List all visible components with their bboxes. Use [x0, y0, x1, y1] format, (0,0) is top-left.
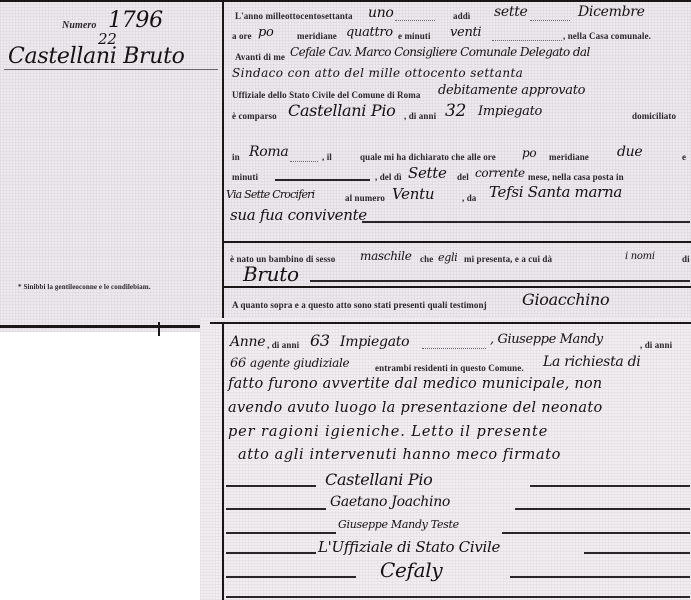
text-che: che: [420, 254, 433, 264]
field-house-number: Ventu: [392, 185, 434, 203]
text-mi-presenta: mi presenta, e a cui dà: [464, 254, 552, 264]
text-avanti-di-me: Avanti di me: [235, 52, 285, 62]
text-di-end: di: [682, 254, 690, 264]
signature-rule-1b: [530, 485, 690, 487]
field-nomi: i nomi: [625, 251, 655, 262]
field-city: Roma: [249, 144, 288, 160]
field-mother: Tefsi Santa marna: [489, 183, 622, 201]
text-di-anni-w1: , di anni: [267, 340, 299, 350]
field-witness-2-age: 66: [230, 356, 246, 371]
field-sex: maschile: [360, 249, 412, 263]
bottom-border-left: [0, 325, 200, 328]
margin-name: Castellani Bruto: [8, 44, 185, 69]
signature-rule-2a: [226, 508, 326, 510]
record-sheet-continuation: Anne , di anni 63 Impiegato , Giuseppe M…: [200, 318, 691, 600]
field-witness-1-job: Impiegato: [340, 334, 409, 350]
blank-line: [492, 40, 562, 41]
text-a-ore: a ore: [232, 31, 252, 41]
field-child-name: Bruto: [243, 262, 299, 286]
blank-line: [422, 348, 486, 349]
field-day: sette: [494, 4, 528, 20]
blank-line: [530, 20, 570, 21]
text-meridiane-2: meridiane: [549, 152, 589, 162]
field-text-line-3: fatto furono avvertite dal medico munici…: [228, 376, 602, 392]
signature-rule-2b: [515, 508, 690, 510]
numero-label: Numero: [62, 20, 97, 31]
field-birth-hour: due: [617, 144, 642, 160]
signature-witness-2: Giuseppe Mandy Teste: [338, 518, 459, 531]
margin-tick: [158, 322, 160, 336]
signature-rule-4b: [584, 552, 690, 554]
text-quale-dichiarato: quale mi ha dichiarato che alle ore: [360, 152, 496, 162]
field-birth-day: Sette: [408, 164, 447, 182]
signature-witness-1: Gaetano Joachino: [330, 494, 450, 510]
text-e: e: [682, 152, 686, 162]
signature-officer: Cefaly: [380, 558, 442, 582]
field-text-line-6: atto agli intervenuti hanno meco firmato: [238, 447, 561, 463]
field-witness-1-surname: Anne: [230, 334, 265, 350]
signature-rule-3b: [502, 532, 690, 534]
signature-declarant: Castellani Pio: [325, 470, 433, 489]
text-addi: addì: [453, 11, 470, 21]
filler-line: [310, 280, 690, 282]
field-egli: egli: [438, 251, 457, 264]
field-witness-1: Gioacchino: [522, 290, 609, 309]
text-al-numero: al numero: [345, 193, 385, 203]
text-testimoni: A quanto sopra e a questo atto sono stat…: [232, 300, 487, 310]
field-ore-po: po: [258, 25, 274, 40]
continuation-top-border: [210, 322, 691, 324]
field-relation: sua fua convivente: [230, 206, 367, 224]
text-di-anni: , di anni: [404, 111, 436, 121]
signature-rule-5b: [510, 576, 690, 578]
blank-line: [290, 161, 318, 162]
field-declarant-name: Castellani Pio: [288, 101, 396, 120]
section-divider-1: [224, 241, 691, 243]
margin-divider: [222, 0, 224, 326]
field-month: Dicembre: [578, 4, 645, 20]
field-text-line-5: per ragioni igieniche. Letto il presente: [228, 424, 548, 440]
field-witness-2-job: agente giudiziale: [250, 356, 349, 370]
field-declarant-age: 32: [445, 101, 466, 121]
text-da: , da: [462, 193, 476, 203]
field-officer: Cefale Cav. Marco Consigliere Comunale D…: [290, 45, 590, 59]
top-border: [0, 0, 691, 2]
field-witness-2: , Giuseppe Mandy: [490, 332, 603, 347]
section-divider-2: [224, 286, 691, 288]
text-del-di: , del dì: [375, 172, 402, 182]
signature-rule-3a: [226, 532, 336, 534]
field-witness-1-age: 63: [310, 331, 330, 350]
field-birth-ore-po: po: [522, 146, 536, 160]
text-il: , il: [322, 152, 332, 162]
margin-name-rule: [4, 69, 218, 70]
text-entrambi: entrambi residenti in questo Comune.: [375, 363, 524, 373]
text-del: del: [457, 172, 469, 182]
filler-line: [362, 221, 690, 223]
blank-line: [395, 20, 435, 21]
field-approval: debitamente approvato: [438, 83, 585, 98]
field-minutes: venti: [450, 25, 481, 40]
text-in: in: [232, 152, 240, 162]
text-mese-casa: mese, nella casa posta in: [528, 172, 624, 182]
field-request: La richiesta di: [543, 354, 640, 370]
text-year-prefix: L'anno milleottocentosettanta: [235, 11, 353, 21]
field-year: uno: [368, 5, 394, 21]
field-text-line-4: avendo avuto luogo la presentazione del …: [228, 400, 603, 416]
record-sheet-top: Numero 1796 22 Castellani Bruto * Sinibb…: [0, 0, 691, 332]
field-street: Via Sette Crociferi: [226, 188, 314, 201]
margin-footnote: * Sinibbi la gentileoconne e le condileb…: [18, 283, 151, 291]
text-e-minuti: e minuti: [398, 31, 431, 41]
text-uffiziale: Uffiziale dello Stato Civile del Comune …: [232, 90, 420, 100]
text-domiciliato: domiciliato: [632, 111, 676, 121]
signature-rule-6: [226, 596, 690, 598]
text-casa-comunale: , nella Casa comunale.: [563, 31, 651, 41]
text-minuti: minuti: [232, 172, 258, 182]
signature-rule-5a: [226, 576, 356, 578]
text-meridiane: meridiane: [297, 31, 337, 41]
text-e-comparso: è comparso: [232, 111, 277, 121]
signature-rule-1a: [226, 485, 316, 487]
text-di-anni-w2: , di anni: [640, 340, 672, 350]
signature-rule-4a: [226, 552, 316, 554]
field-hour: quattro: [346, 25, 393, 40]
field-birth-month: corrente: [475, 166, 525, 180]
field-declarant-job: Impiegato: [478, 104, 542, 119]
signature-officer-title: L'Uffiziale di Stato Civile: [318, 538, 500, 556]
field-delegation: Sindaco con atto del mille ottocento set…: [232, 66, 523, 80]
continuation-left-border: [222, 322, 224, 600]
blank-line: [275, 179, 370, 181]
